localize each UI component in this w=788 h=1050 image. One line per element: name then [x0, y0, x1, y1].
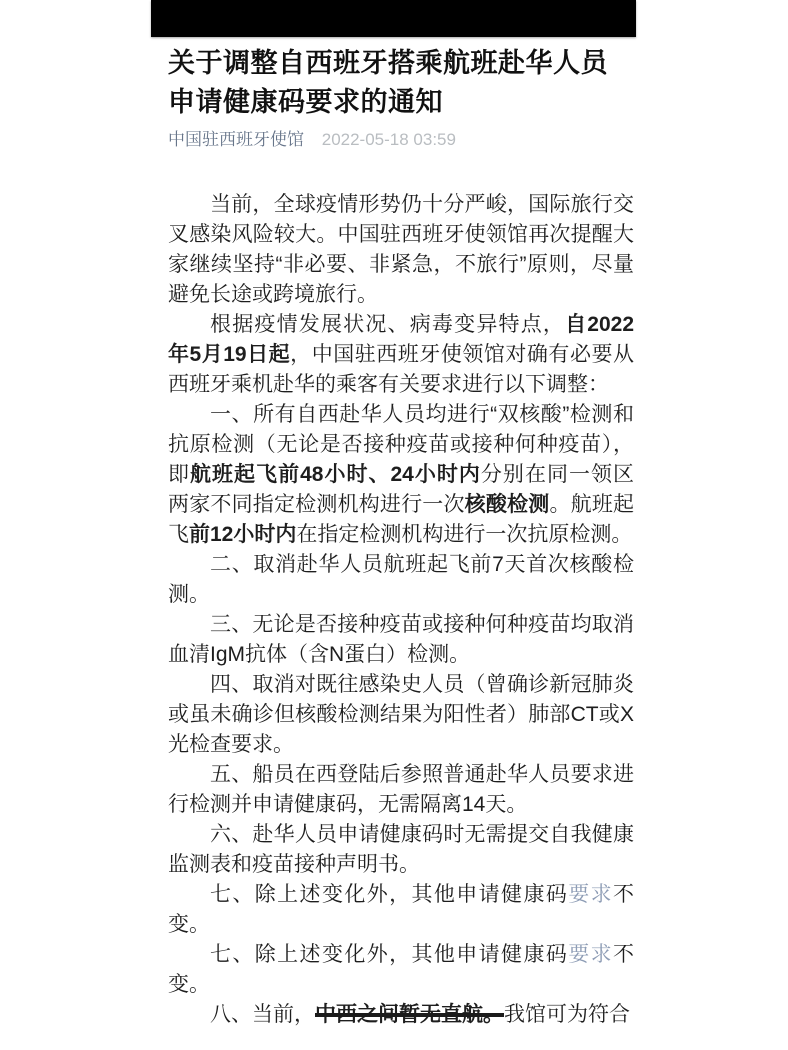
text-run: 根据疫情发展状况、病毒变异特点，	[210, 313, 565, 336]
paragraph: 一、所有自西赴华人员均进行“双核酸”检测和抗原检测（无论是否接种疫苗或接种何种疫…	[168, 400, 634, 550]
top-black-bar	[151, 0, 636, 37]
highlighted-text: 要求	[568, 883, 613, 906]
article-page: 关于调整自西班牙搭乘航班赴华人员申请健康码要求的通知 中国驻西班牙使馆 2022…	[0, 0, 788, 1050]
paragraph: 四、取消对既往感染史人员（曾确诊新冠肺炎或虽未确诊但核酸检测结果为阳性者）肺部C…	[168, 670, 634, 760]
paragraph: 五、船员在西登陆后参照普通赴华人员要求进行检测并申请健康码，无需隔离14天。	[168, 760, 634, 820]
text-run: 四、取消对既往感染史人员（曾确诊新冠肺炎或虽未确诊但核酸检测结果为阳性者）肺部C…	[168, 673, 634, 756]
text-run: 当前，全球疫情形势仍十分严峻，国际旅行交叉感染风险较大。中国驻西班牙使领馆再次提…	[168, 193, 634, 306]
paragraph: 当前，全球疫情形势仍十分严峻，国际旅行交叉感染风险较大。中国驻西班牙使领馆再次提…	[168, 190, 634, 310]
text-run: 在指定检测机构进行一次抗原检测。	[296, 523, 632, 546]
text-run: 我馆可为符合	[504, 1003, 630, 1026]
paragraph: 根据疫情发展状况、病毒变异特点，自2022年5月19日起，中国驻西班牙使领馆对确…	[168, 310, 634, 400]
paragraph: 七、除上述变化外，其他申请健康码要求不变。	[168, 880, 634, 940]
text-run: 五、船员在西登陆后参照普通赴华人员要求进行检测并申请健康码，无需隔离14天。	[168, 763, 634, 816]
text-run: 八、当前，	[210, 1003, 315, 1026]
text-run: 核酸检测	[465, 493, 550, 516]
text-run: 六、赴华人员申请健康码时无需提交自我健康监测表和疫苗接种声明书。	[168, 823, 634, 876]
paragraph: 七、除上述变化外，其他申请健康码要求不变。	[168, 940, 634, 1000]
publish-timestamp: 2022-05-18 03:59	[322, 130, 456, 149]
highlighted-text: 要求	[568, 943, 613, 966]
struck-text: 中西之间暂无直航。	[315, 1003, 504, 1026]
text-run: 二、取消赴华人员航班起飞前7天首次核酸检测。	[168, 553, 634, 606]
text-run: 前12小时内	[189, 523, 296, 546]
source-account-link[interactable]: 中国驻西班牙使馆	[168, 130, 304, 149]
paragraph: 三、无论是否接种疫苗或接种何种疫苗均取消血清IgM抗体（含N蛋白）检测。	[168, 610, 634, 670]
page-title: 关于调整自西班牙搭乘航班赴华人员申请健康码要求的通知	[168, 44, 620, 122]
paragraph: 六、赴华人员申请健康码时无需提交自我健康监测表和疫苗接种声明书。	[168, 820, 634, 880]
text-run: 七、除上述变化外，其他申请健康码	[210, 943, 568, 966]
paragraph: 八、当前，中西之间暂无直航。我馆可为符合	[168, 1000, 634, 1030]
text-run: 航班起飞前48小时、24小时内	[190, 463, 481, 486]
article-meta: 中国驻西班牙使馆 2022-05-18 03:59	[168, 128, 634, 152]
text-run: 七、除上述变化外，其他申请健康码	[210, 883, 568, 906]
article-body: 当前，全球疫情形势仍十分严峻，国际旅行交叉感染风险较大。中国驻西班牙使领馆再次提…	[168, 190, 634, 1030]
paragraph: 二、取消赴华人员航班起飞前7天首次核酸检测。	[168, 550, 634, 610]
text-run: 三、无论是否接种疫苗或接种何种疫苗均取消血清IgM抗体（含N蛋白）检测。	[168, 613, 634, 666]
